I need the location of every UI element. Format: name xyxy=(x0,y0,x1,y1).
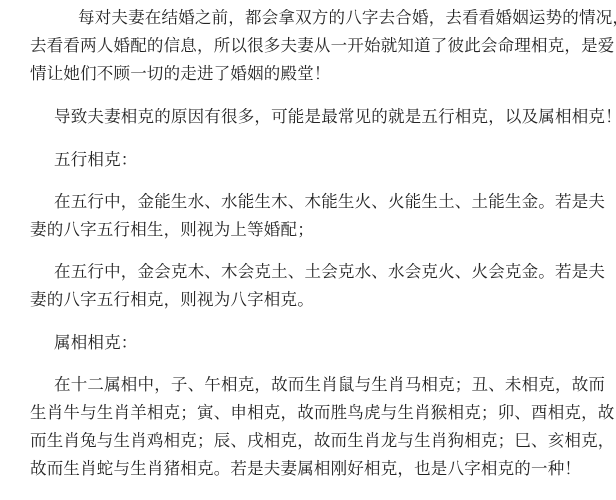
text-line: 每对夫妻在结婚之前，都会拿双方的八字去合婚，去看看婚姻运势的情况， xyxy=(78,8,616,28)
text-line: 情让她们不顾一切的走进了婚姻的殿堂！ xyxy=(30,64,331,84)
text-line: 妻的八字五行相生，则视为上等婚配； xyxy=(30,220,314,240)
text-line: 在十二属相中，子、午相克，故而生肖鼠与生肖马相克；丑、未相克，故而 xyxy=(54,375,605,395)
article-document: 每对夫妻在结婚之前，都会拿双方的八字去合婚，去看看婚姻运势的情况， 去看看两人婚… xyxy=(0,0,616,500)
section-heading: 属相相克： xyxy=(54,333,138,353)
text-line: 导致夫妻相克的原因有很多，可能是最常见的就是五行相克，以及属相相克！ xyxy=(54,107,616,127)
text-line: 在五行中，金能生水、水能生木、木能生火、火能生土、土能生金。若是夫 xyxy=(54,192,605,212)
text-line: 而生肖兔与生肖鸡相克；辰、戌相克，故而生肖龙与生肖狗相克；巳、亥相克， xyxy=(30,431,615,451)
text-line: 生肖牛与生肖羊相克；寅、申相克，故而胜鸟虎与生肖猴相克；卯、酉相克，故 xyxy=(30,403,615,423)
text-line: 去看看两人婚配的信息，所以很多夫妻从一开始就知道了彼此会命理相克，是爱 xyxy=(30,36,615,56)
text-line: 故而生肖蛇与生肖猪相克。若是夫妻属相刚好相克，也是八字相克的一种！ xyxy=(30,459,581,479)
section-heading: 五行相克： xyxy=(54,150,138,170)
text-line: 妻的八字五行相克，则视为八字相克。 xyxy=(30,290,314,310)
text-line: 在五行中，金会克木、木会克土、土会克水、水会克火、火会克金。若是夫 xyxy=(54,262,605,282)
